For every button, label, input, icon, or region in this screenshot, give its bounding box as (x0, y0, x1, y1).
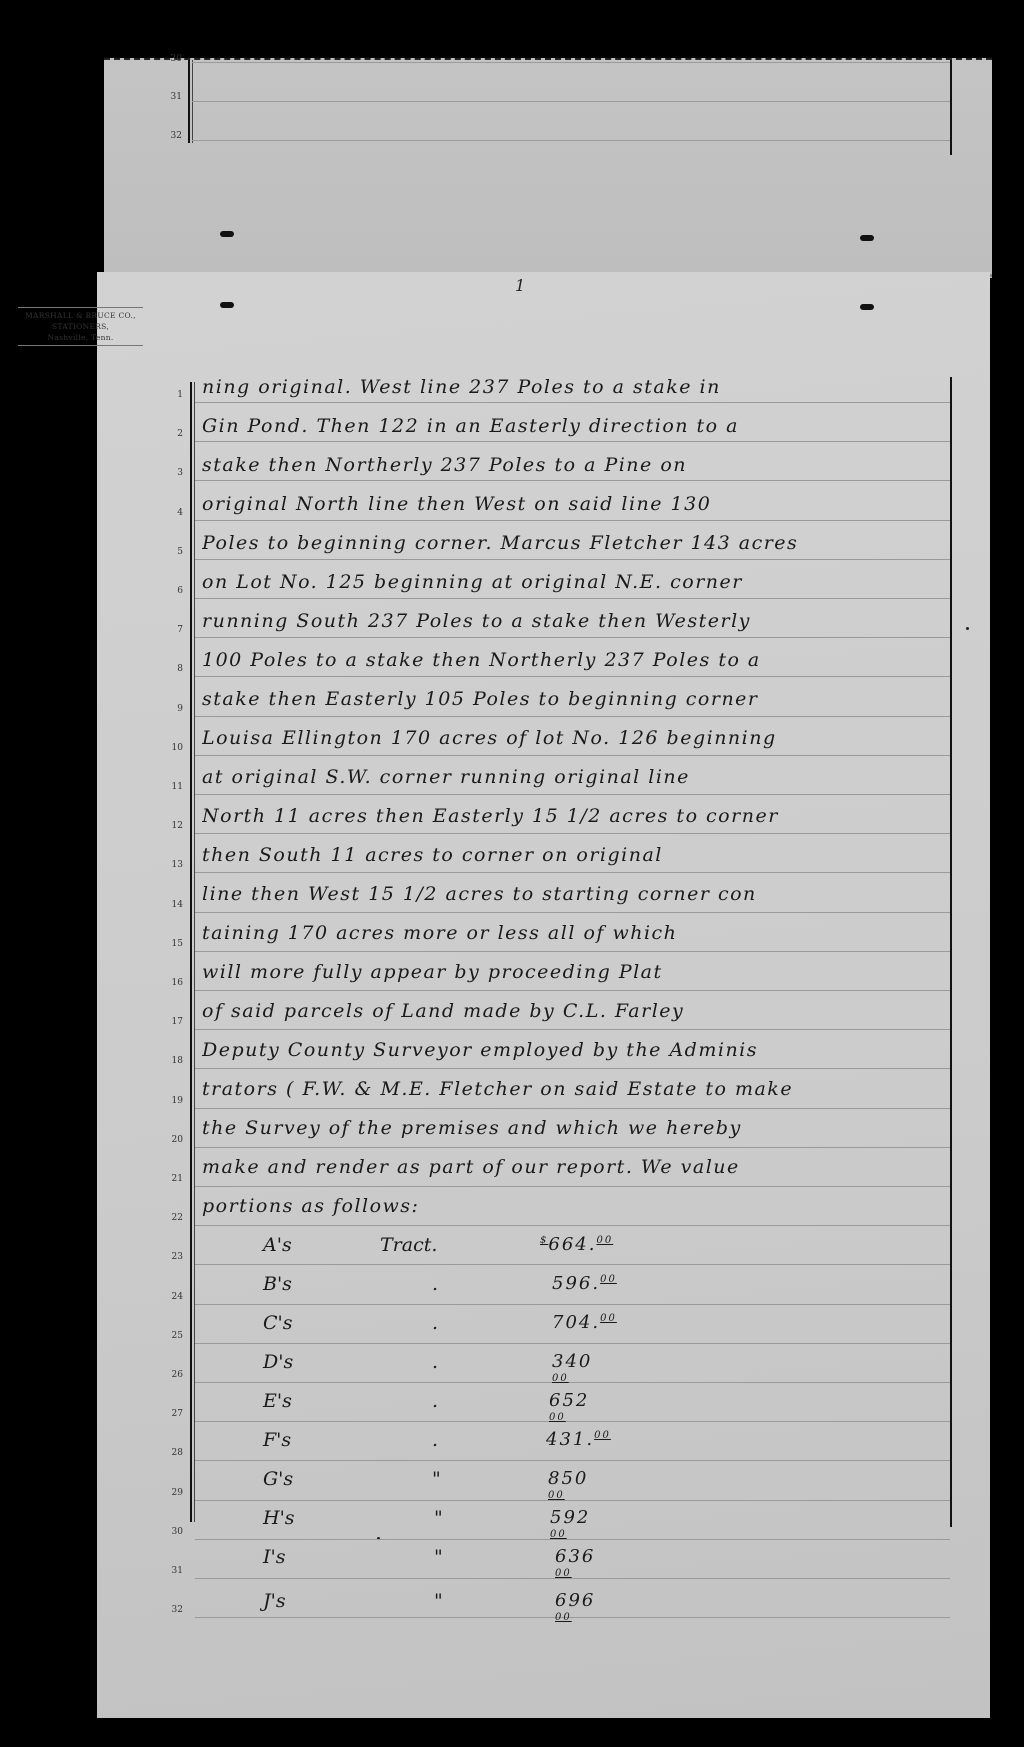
text-line-8: 100 Poles to a stake then Northerly 237 … (202, 649, 950, 671)
ruled-line (195, 1108, 950, 1109)
line-number: 16 (163, 978, 183, 988)
imprint-line-2: STATIONERS, (18, 321, 143, 332)
text-line-11: at original S.W. corner running original… (202, 766, 950, 788)
text-line-15: taining 170 acres more or less all of wh… (202, 922, 950, 944)
imprint-line-3: Nashville, Tenn. (18, 332, 143, 343)
amount: 704.00 (552, 1312, 617, 1333)
ruled-line (195, 990, 950, 991)
tract-label: C's (263, 1312, 293, 1334)
ditto-mark: . (432, 1429, 438, 1451)
ditto-mark: . (432, 1312, 438, 1334)
amount: $664.00 (540, 1234, 613, 1255)
punch-hole (220, 302, 234, 308)
tract-label: A's (263, 1234, 292, 1256)
text-line-16: will more fully appear by proceeding Pla… (202, 961, 950, 983)
tract-label: I's (263, 1546, 285, 1568)
text-line-2: Gin Pond. Then 122 in an Easterly direct… (202, 415, 950, 437)
ruled-line (195, 598, 950, 599)
line-number: 20 (163, 1135, 183, 1145)
line-number: 3 (163, 468, 183, 478)
ruled-line (195, 480, 950, 481)
amount: 696 00 (555, 1590, 595, 1632)
ruled-line (195, 912, 950, 913)
punch-hole (220, 231, 234, 237)
line-number: 13 (163, 860, 183, 870)
line-number: 17 (163, 1017, 183, 1027)
ruled-line (195, 520, 950, 521)
text-line-9: stake then Easterly 105 Poles to beginni… (202, 688, 950, 710)
ruled-line (195, 637, 950, 638)
tract-label: F's (263, 1429, 291, 1451)
amount: 652 00 (549, 1390, 589, 1432)
text-line-10: Louisa Ellington 170 acres of lot No. 12… (202, 727, 950, 749)
line-number: 18 (163, 1056, 183, 1066)
left-margin-line (190, 382, 192, 1522)
ink-mark (966, 627, 969, 630)
ruled-line (195, 441, 950, 442)
line-number: 15 (163, 939, 183, 949)
line-number: 28 (163, 1448, 183, 1458)
text-line-18: Deputy County Surveyor employed by the A… (202, 1039, 950, 1061)
line-number: 26 (163, 1370, 183, 1380)
tract-label: G's (263, 1468, 293, 1490)
text-line-21: make and render as part of our report. W… (202, 1156, 950, 1178)
tract-label: E's (263, 1390, 292, 1412)
line-number: 24 (163, 1292, 183, 1302)
line-number: 31 (163, 1566, 183, 1576)
text-line-22: portions as follows: (202, 1195, 950, 1217)
folio-mark: 1 (515, 276, 525, 295)
line-number: 31 (162, 92, 182, 102)
tract-label: H's (263, 1507, 295, 1529)
text-line-14: line then West 15 1/2 acres to starting … (202, 883, 950, 905)
punch-hole (860, 235, 874, 241)
text-line-19: trators ( F.W. & M.E. Fletcher on said E… (202, 1078, 950, 1100)
ditto-mark: " (434, 1590, 443, 1612)
line-number: 11 (163, 782, 183, 792)
line-number: 4 (163, 508, 183, 518)
line-number: 12 (163, 821, 183, 831)
ruled-line (195, 716, 950, 717)
right-margin-line (950, 60, 952, 155)
line-number: 25 (163, 1331, 183, 1341)
text-line-3: stake then Northerly 237 Poles to a Pine… (202, 454, 950, 476)
ruled-line (195, 402, 950, 403)
text-line-5: Poles to beginning corner. Marcus Fletch… (202, 532, 950, 554)
amount: 431.00 (546, 1429, 611, 1450)
line-number: 19 (163, 1096, 183, 1106)
line-number: 22 (163, 1213, 183, 1223)
imprint-line-1: MARSHALL & BRUCE CO., (18, 310, 143, 321)
line-number: 6 (163, 586, 183, 596)
ruled-line (195, 1068, 950, 1069)
line-number: 23 (163, 1252, 183, 1262)
ruled-line (192, 62, 950, 63)
left-margin-line (188, 60, 190, 143)
text-line-13: then South 11 acres to corner on origina… (202, 844, 950, 866)
amount: 850 00 (548, 1468, 588, 1510)
stationer-imprint: MARSHALL & BRUCE CO., STATIONERS, Nashvi… (18, 305, 143, 348)
line-number: 10 (163, 743, 183, 753)
ditto-mark: " (432, 1468, 441, 1490)
previous-sheet: 30 31 32 (104, 58, 992, 278)
tract-label: D's (263, 1351, 293, 1373)
amount: 592 00 (550, 1507, 590, 1549)
ruled-line (195, 559, 950, 560)
line-number: 2 (163, 429, 183, 439)
ruled-line (195, 1147, 950, 1148)
ruled-line (195, 1304, 950, 1305)
ruled-line (195, 1225, 950, 1226)
line-number: 27 (163, 1409, 183, 1419)
ditto-mark: . (432, 1273, 438, 1295)
ruled-line (195, 1460, 950, 1461)
ruled-line (195, 1264, 950, 1265)
line-number: 32 (162, 131, 182, 141)
ruled-line (195, 1029, 950, 1030)
ruled-line (195, 951, 950, 952)
tract-column: Tract. (380, 1234, 437, 1256)
ruled-line (195, 1343, 950, 1344)
line-number: 5 (163, 547, 183, 557)
text-line-4: original North line then West on said li… (202, 493, 950, 515)
ruled-line (192, 101, 950, 102)
main-sheet (97, 272, 990, 1718)
right-margin-line (950, 377, 952, 1527)
tract-label: J's (263, 1590, 286, 1612)
amount: 340 00 (552, 1351, 592, 1393)
line-number: 7 (163, 625, 183, 635)
ruled-line (195, 1186, 950, 1187)
line-number: 14 (163, 900, 183, 910)
ditto-mark: . (432, 1390, 438, 1412)
ditto-mark: . (432, 1351, 438, 1373)
line-number: 32 (163, 1605, 183, 1615)
line-number: 30 (162, 54, 182, 64)
tract-label: B's (263, 1273, 292, 1295)
text-line-6: on Lot No. 125 beginning at original N.E… (202, 571, 950, 593)
line-number: 1 (163, 390, 183, 400)
ruled-line (192, 140, 950, 141)
ruled-line (195, 794, 950, 795)
line-number: 8 (163, 664, 183, 674)
ruled-line (195, 872, 950, 873)
text-line-17: of said parcels of Land made by C.L. Far… (202, 1000, 950, 1022)
ruled-line (195, 676, 950, 677)
text-line-20: the Survey of the premises and which we … (202, 1117, 950, 1139)
amount: 636 00 (555, 1546, 595, 1588)
left-margin-line-inner (194, 382, 195, 1522)
ditto-mark: " (434, 1507, 443, 1529)
amount: 596.00 (552, 1273, 617, 1294)
line-number: 29 (163, 1488, 183, 1498)
ruled-line (195, 833, 950, 834)
line-number: 9 (163, 704, 183, 714)
text-line-7: running South 237 Poles to a stake then … (202, 610, 950, 632)
line-number: 30 (163, 1527, 183, 1537)
text-line-12: North 11 acres then Easterly 15 1/2 acre… (202, 805, 950, 827)
ditto-mark: " (434, 1546, 443, 1568)
ruled-line (195, 755, 950, 756)
line-number: 21 (163, 1174, 183, 1184)
text-line-1: ning original. West line 237 Poles to a … (202, 376, 950, 398)
punch-hole (860, 304, 874, 310)
